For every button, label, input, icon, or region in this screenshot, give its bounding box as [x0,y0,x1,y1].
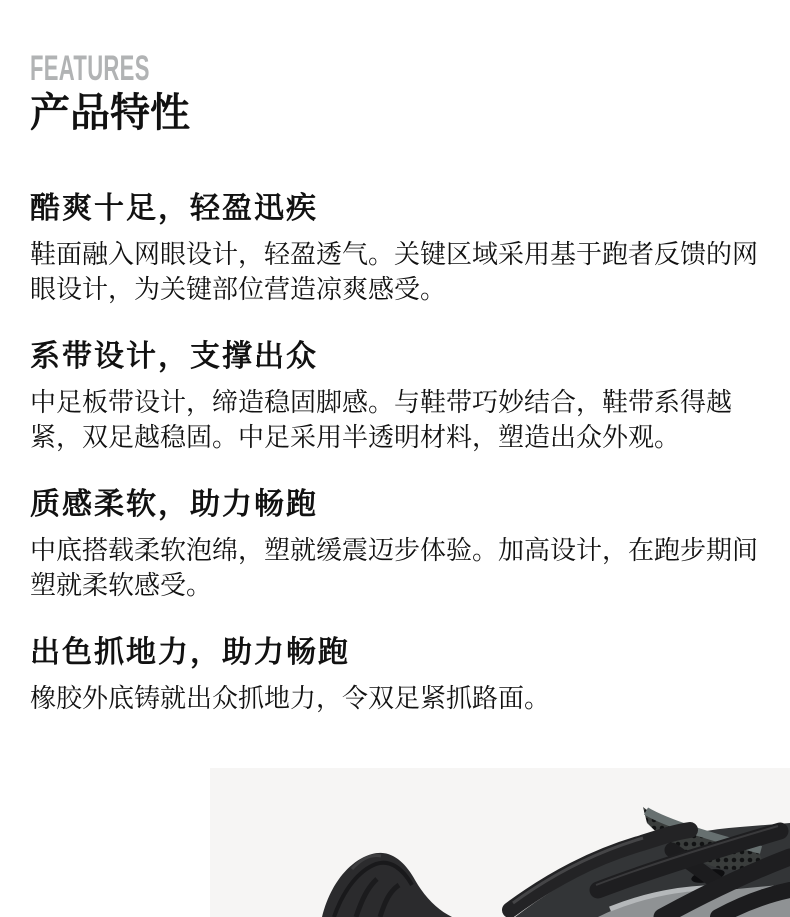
eyebrow-label: FEATURES [30,54,490,84]
feature-body: 鞋面融入网眼设计，轻盈透气。关键区域采用基于跑者反馈的网眼设计，为关键部位营造凉… [30,237,760,307]
feature-section-cushioning: 质感柔软，助力畅跑 中底搭载柔软泡绵，塑就缓震迈步体验。加高设计，在跑步期间塑就… [30,485,760,603]
feature-section-straps: 系带设计，支撑出众 中足板带设计，缔造稳固脚感。与鞋带巧妙结合，鞋带系得越紧，双… [30,337,760,455]
feature-body: 中足板带设计，缔造稳固脚感。与鞋带巧妙结合，鞋带系得越紧，双足越稳固。中足采用半… [30,385,760,455]
product-photo-shoe-closeup [210,768,790,917]
page-title: 产品特性 [30,93,760,133]
feature-section-cooling: 酷爽十足，轻盈迅疾 鞋面融入网眼设计，轻盈透气。关键区域采用基于跑者反馈的网眼设… [30,189,760,307]
feature-body: 中底搭载柔软泡绵，塑就缓震迈步体验。加高设计，在跑步期间塑就柔软感受。 [30,533,760,603]
feature-heading: 系带设计，支撑出众 [30,337,760,376]
feature-body: 橡胶外底铸就出众抓地力，令双足紧抓路面。 [30,681,760,716]
features-content: FEATURES 产品特性 酷爽十足，轻盈迅疾 鞋面融入网眼设计，轻盈透气。关键… [0,0,790,716]
feature-section-traction: 出色抓地力，助力畅跑 橡胶外底铸就出众抓地力，令双足紧抓路面。 [30,633,760,716]
feature-heading: 质感柔软，助力畅跑 [30,485,760,524]
feature-heading: 酷爽十足，轻盈迅疾 [30,189,760,228]
features-header: FEATURES 产品特性 [30,54,760,133]
feature-heading: 出色抓地力，助力畅跑 [30,633,760,672]
shoe-image [210,768,790,917]
